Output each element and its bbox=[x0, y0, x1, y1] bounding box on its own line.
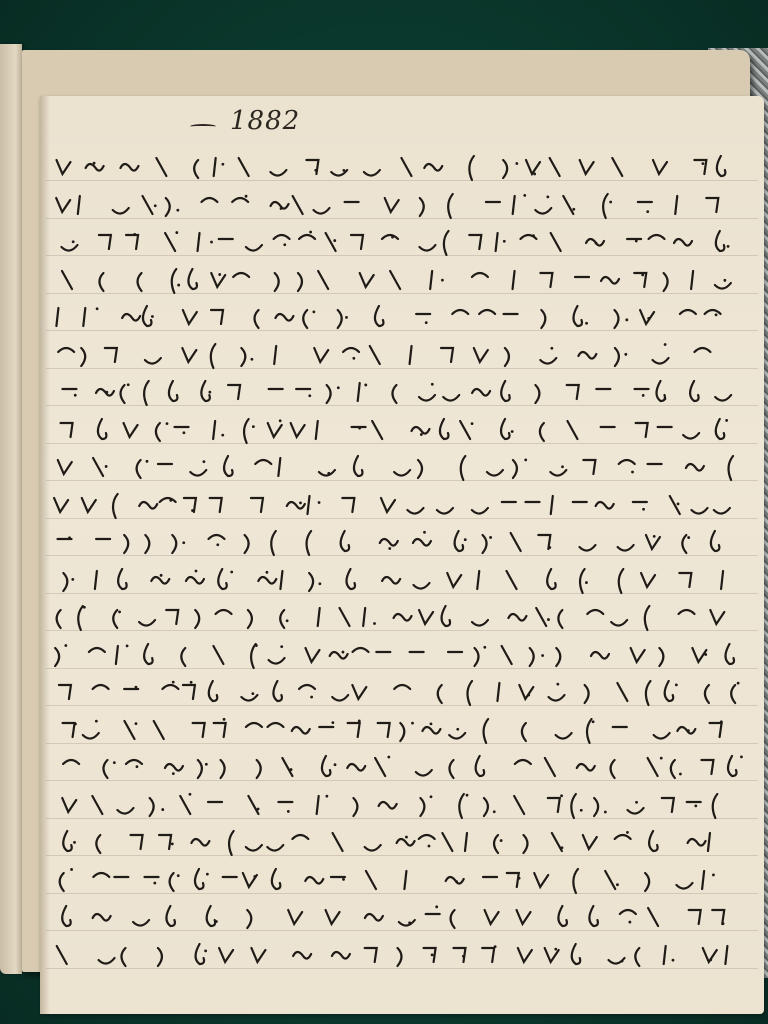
shorthand-line bbox=[40, 150, 764, 186]
shorthand-line bbox=[40, 413, 764, 449]
shorthand-line bbox=[40, 450, 764, 486]
shorthand-line bbox=[40, 900, 764, 936]
shorthand-line bbox=[40, 788, 764, 824]
notebook-page: 1882 bbox=[40, 96, 764, 1014]
page-date: 1882 bbox=[230, 106, 300, 136]
shorthand-line bbox=[40, 375, 764, 411]
shorthand-line bbox=[40, 338, 764, 374]
shorthand-line bbox=[40, 488, 764, 524]
date-dash-mark bbox=[190, 124, 216, 129]
shorthand-line bbox=[40, 638, 764, 674]
shorthand-line bbox=[40, 825, 764, 861]
shorthand-line bbox=[40, 713, 764, 749]
shorthand-line bbox=[40, 263, 764, 299]
facing-page-edge bbox=[0, 44, 22, 974]
shorthand-line bbox=[40, 563, 764, 599]
shorthand-line bbox=[40, 938, 764, 974]
shorthand-line bbox=[40, 863, 764, 899]
shorthand-line bbox=[40, 750, 764, 786]
shorthand-line bbox=[40, 600, 764, 636]
shorthand-line bbox=[40, 225, 764, 261]
shorthand-line bbox=[40, 300, 764, 336]
notebook-page-stack: 1882 bbox=[22, 50, 750, 972]
shorthand-line bbox=[40, 188, 764, 224]
shorthand-line bbox=[40, 675, 764, 711]
shorthand-line bbox=[40, 525, 764, 561]
